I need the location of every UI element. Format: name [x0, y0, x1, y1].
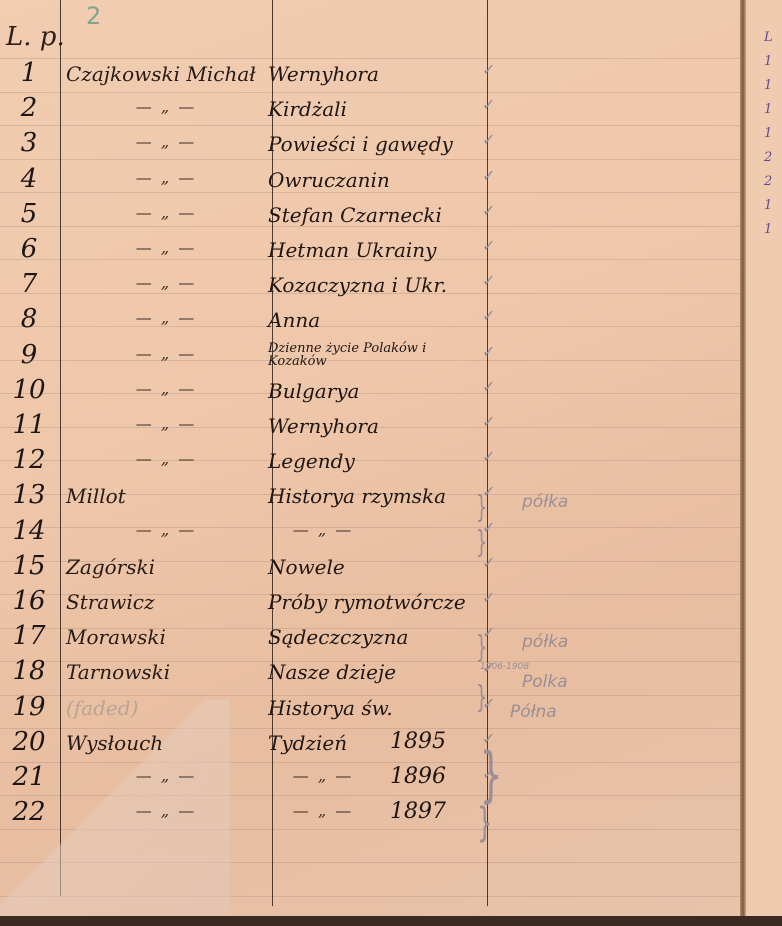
page-number: 2 [86, 2, 101, 30]
title-cell: Kirdżali [268, 97, 483, 121]
pencil-brace: } [476, 525, 487, 560]
next-page-strip: L11112211 [746, 0, 782, 926]
title-cell: Legendy [268, 449, 483, 473]
author-cell: — „ — [66, 273, 266, 292]
title-cell: Powieści i gawędy [268, 132, 483, 156]
next-page-mark: 1 [764, 102, 772, 117]
ledger-row: 16StrawiczPróby rymotwórcze✓ [0, 586, 740, 619]
next-page-mark: 2 [764, 150, 772, 165]
title-cell: Anna [268, 308, 483, 332]
row-number: 1 [0, 58, 58, 88]
ledger-row: 20WysłouchTydzień1895✓ [0, 727, 740, 760]
ledger-row: 22— „ —— „ —1897 [0, 797, 740, 830]
row-number: 13 [0, 480, 58, 510]
title-cell: Hetman Ukrainy [268, 238, 483, 262]
next-page-mark: L [764, 30, 773, 45]
title-cell: Stefan Czarnecki [268, 203, 483, 227]
row-number: 2 [0, 93, 58, 123]
scan-bottom-edge [0, 916, 782, 926]
row-number: 4 [0, 164, 58, 194]
checkmark-icon: ✓ [482, 130, 495, 149]
ledger-row: 14— „ —— „ —✓ [0, 516, 740, 549]
title-cell: Historya rzymska [268, 484, 483, 508]
ledger-row: 11— „ —Wernyhora✓ [0, 410, 740, 443]
ruled-line [0, 795, 740, 796]
checkmark-icon: ✓ [482, 306, 495, 325]
row-number: 21 [0, 762, 58, 792]
author-cell: — „ — [66, 344, 266, 363]
author-cell: Tarnowski [66, 660, 266, 684]
row-number: 18 [0, 656, 58, 686]
row-number: 6 [0, 234, 58, 264]
checkmark-icon: ✓ [482, 166, 495, 185]
row-number: 15 [0, 551, 58, 581]
title-cell: Wernyhora [268, 62, 483, 86]
row-number: 5 [0, 199, 58, 229]
ledger-row: 8— „ —Anna✓ [0, 304, 740, 337]
author-cell: Millot [66, 484, 266, 508]
ledger-page: L. p. 2 1Czajkowski MichałWernyhora✓2— „… [0, 0, 740, 920]
ledger-row: 18TarnowskiNasze dzieje✓ [0, 656, 740, 689]
author-cell: — „ — [66, 132, 266, 151]
margin-note: półka [522, 492, 568, 512]
column-header-lp: L. p. [6, 22, 65, 52]
author-cell: — „ — [66, 168, 266, 187]
author-cell: — „ — [66, 801, 266, 820]
row-number: 7 [0, 269, 58, 299]
ledger-row: 10— „ —Bulgarya✓ [0, 375, 740, 408]
ledger-row: 2— „ —Kirdżali✓ [0, 93, 740, 126]
checkmark-icon: ✓ [482, 377, 495, 396]
next-page-mark: 1 [764, 78, 772, 93]
pencil-brace: } [477, 800, 492, 846]
author-cell: Morawski [66, 625, 266, 649]
ledger-row: 13MillotHistorya rzymska✓ [0, 480, 740, 513]
author-cell: Wysłouch [66, 731, 266, 755]
pencil-brace: } [476, 680, 487, 715]
ledger-row: 12— „ —Legendy✓ [0, 445, 740, 478]
title-cell: — „ — [268, 520, 378, 539]
title-cell: Sądeczczyzna [268, 625, 483, 649]
title-cell: Tydzień [268, 731, 483, 755]
ledger-row: 21— „ —— „ —1896✓ [0, 762, 740, 795]
author-cell: Czajkowski Michał [66, 62, 266, 86]
next-page-mark: 2 [764, 174, 772, 189]
row-number: 10 [0, 375, 58, 405]
ledger-row: 19(faded)Historya św.✓ [0, 692, 740, 725]
margin-note: 1906-1908 [480, 662, 529, 672]
author-cell: — „ — [66, 379, 266, 398]
author-cell: — „ — [66, 238, 266, 257]
ledger-row: 9— „ —Dzienne życie Polaków i Kozaków✓ [0, 340, 740, 373]
title-cell: Nasze dzieje [268, 660, 483, 684]
author-cell: — „ — [66, 520, 266, 539]
row-number: 3 [0, 128, 58, 158]
checkmark-icon: ✓ [482, 60, 495, 79]
ledger-row: 3— „ —Powieści i gawędy✓ [0, 128, 740, 161]
title-cell: — „ — [268, 801, 378, 820]
title-cell: Dzienne życie Polaków i Kozaków [268, 342, 483, 368]
year-cell: 1897 [390, 799, 446, 824]
year-cell: 1896 [390, 764, 446, 789]
title-cell: Próby rymotwórcze [268, 590, 483, 614]
row-number: 9 [0, 340, 58, 370]
title-cell: Historya św. [268, 696, 483, 720]
row-number: 14 [0, 516, 58, 546]
margin-note: Półna [510, 702, 557, 722]
ledger-row: 1Czajkowski MichałWernyhora✓ [0, 58, 740, 91]
checkmark-icon: ✓ [482, 236, 495, 255]
author-cell: — „ — [66, 308, 266, 327]
author-cell: Strawicz [66, 590, 266, 614]
ledger-row: 6— „ —Hetman Ukrainy✓ [0, 234, 740, 267]
ledger-row: 7— „ —Kozaczyzna i Ukr.✓ [0, 269, 740, 302]
row-number: 20 [0, 727, 58, 757]
checkmark-icon: ✓ [482, 201, 495, 220]
margin-note: półka [522, 632, 568, 652]
checkmark-icon: ✓ [482, 412, 495, 431]
year-cell: 1895 [390, 729, 446, 754]
author-cell: (faded) [66, 696, 266, 720]
ruled-line [0, 896, 740, 897]
author-cell: Zagórski [66, 555, 266, 579]
margin-note: Polka [522, 672, 568, 692]
row-number: 22 [0, 797, 58, 827]
row-number: 8 [0, 304, 58, 334]
row-number: 19 [0, 692, 58, 722]
title-cell: Nowele [268, 555, 483, 579]
title-cell: Owruczanin [268, 168, 483, 192]
checkmark-icon: ✓ [482, 588, 495, 607]
row-number: 11 [0, 410, 58, 440]
ledger-row: 4— „ —Owruczanin✓ [0, 164, 740, 197]
title-cell: Wernyhora [268, 414, 483, 438]
author-cell: — „ — [66, 414, 266, 433]
checkmark-icon: ✓ [482, 342, 495, 361]
ledger-row: 15ZagórskiNowele✓ [0, 551, 740, 584]
row-number: 16 [0, 586, 58, 616]
row-number: 17 [0, 621, 58, 651]
author-cell: — „ — [66, 97, 266, 116]
pencil-brace: } [476, 630, 487, 665]
title-cell: Bulgarya [268, 379, 483, 403]
checkmark-icon: ✓ [482, 447, 495, 466]
pencil-brace: } [476, 490, 487, 525]
next-page-mark: 1 [764, 54, 772, 69]
ledger-row: 17MorawskiSądeczczyzna✓ [0, 621, 740, 654]
next-page-mark: 1 [764, 126, 772, 141]
next-page-mark: 1 [764, 198, 772, 213]
row-number: 12 [0, 445, 58, 475]
author-cell: — „ — [66, 449, 266, 468]
ruled-line [0, 862, 740, 863]
title-cell: — „ — [268, 766, 378, 785]
ledger-row: 5— „ —Stefan Czarnecki✓ [0, 199, 740, 232]
author-cell: — „ — [66, 203, 266, 222]
next-page-mark: 1 [764, 222, 772, 237]
author-cell: — „ — [66, 766, 266, 785]
checkmark-icon: ✓ [482, 271, 495, 290]
title-cell: Kozaczyzna i Ukr. [268, 273, 483, 297]
checkmark-icon: ✓ [482, 95, 495, 114]
